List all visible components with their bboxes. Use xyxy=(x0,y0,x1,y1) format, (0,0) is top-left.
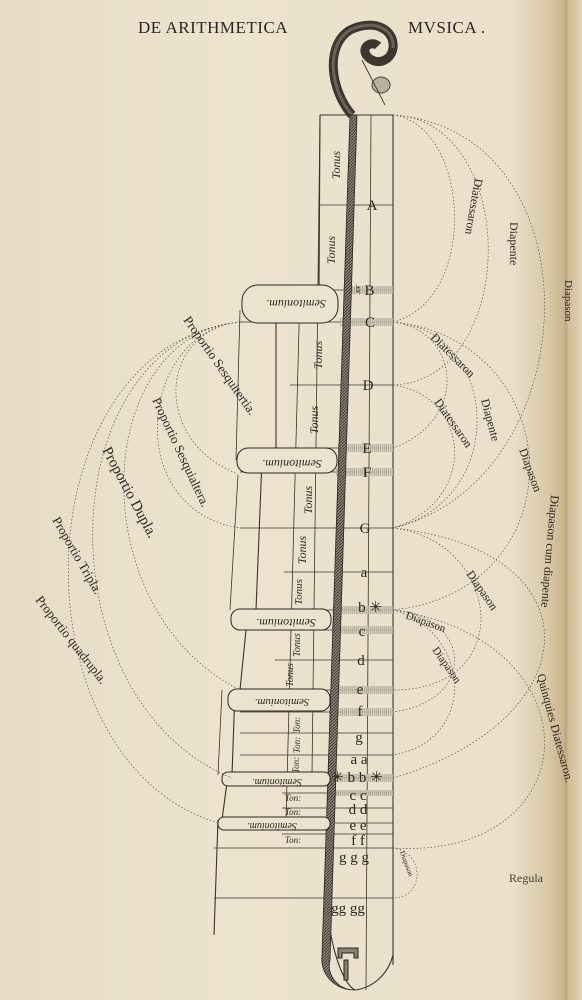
svg-text:d: d xyxy=(357,653,365,669)
svg-text:Ton:: Ton: xyxy=(285,835,301,845)
svg-text:Diatessaron: Diatessaron xyxy=(428,330,478,380)
svg-text:Tonus: Tonus xyxy=(292,633,303,657)
svg-text:Proportio quadrupla.: Proportio quadrupla. xyxy=(33,593,111,687)
svg-text:Semitonium.: Semitonium. xyxy=(262,457,322,471)
svg-text:e: e xyxy=(357,682,364,698)
svg-text:Tonus: Tonus xyxy=(311,341,325,370)
svg-text:Proportio Tripla.: Proportio Tripla. xyxy=(49,514,105,597)
svg-text:gg gg: gg gg xyxy=(331,901,365,917)
svg-text:♮ B: ♮ B xyxy=(355,283,374,299)
svg-text:f f: f f xyxy=(351,833,365,849)
svg-text:e e: e e xyxy=(349,818,366,834)
svg-text:Diapason: Diapason xyxy=(398,850,415,878)
svg-text:Ton:: Ton: xyxy=(285,807,301,817)
svg-text:Proportio Sesquialtera.: Proportio Sesquialtera. xyxy=(149,395,213,509)
svg-text:Tonus: Tonus xyxy=(301,486,315,515)
svg-text:Proportio Dupla.: Proportio Dupla. xyxy=(98,444,159,541)
svg-text:Tonus: Tonus xyxy=(329,151,343,180)
svg-text:Ton:: Ton: xyxy=(285,793,301,803)
svg-text:a: a xyxy=(361,565,368,581)
svg-text:F: F xyxy=(363,465,371,481)
svg-text:Diapason: Diapason xyxy=(562,280,574,322)
svg-text:✳ b b ✳: ✳ b b ✳ xyxy=(331,770,382,786)
svg-text:Proportio Sesquitertia.: Proportio Sesquitertia. xyxy=(181,313,260,417)
svg-text:Tonus: Tonus xyxy=(307,406,321,435)
svg-text:Diatessaron: Diatessaron xyxy=(432,396,476,450)
svg-text:Ton:: Ton: xyxy=(292,737,302,753)
svg-text:Diapente: Diapente xyxy=(478,397,503,442)
svg-text:g g g: g g g xyxy=(339,850,370,866)
svg-text:A: A xyxy=(367,198,378,214)
svg-text:Ton:: Ton: xyxy=(292,717,302,733)
svg-text:Quinquies Diatessaron.: Quinquies Diatessaron. xyxy=(534,672,577,784)
semitonium-labels: Semitonium. Semitonium. Semitonium. Semi… xyxy=(247,297,326,831)
svg-text:b ✳: b ✳ xyxy=(358,600,382,616)
svg-text:Semitonium.: Semitonium. xyxy=(256,616,316,630)
svg-text:d d: d d xyxy=(349,802,368,818)
regula-caption: Regula xyxy=(509,871,543,886)
monochord-diagram: Semitonium. Semitonium. Semitonium. Semi… xyxy=(0,0,582,1000)
svg-text:Semitonium.: Semitonium. xyxy=(247,820,297,831)
svg-text:g: g xyxy=(355,730,363,746)
svg-text:E: E xyxy=(362,441,371,457)
tailpiece-icon xyxy=(338,948,358,980)
svg-text:Diapason: Diapason xyxy=(464,568,501,613)
svg-text:Diapason: Diapason xyxy=(430,645,464,686)
svg-text:Semitonium.: Semitonium. xyxy=(252,776,302,787)
scroll-icon xyxy=(333,25,393,115)
svg-text:c: c xyxy=(359,624,366,640)
svg-text:Diapason cum diapente: Diapason cum diapente xyxy=(538,495,562,608)
svg-text:Diapason: Diapason xyxy=(516,446,545,493)
svg-text:a a: a a xyxy=(350,752,367,768)
svg-text:D: D xyxy=(363,378,374,394)
svg-text:C: C xyxy=(365,315,375,331)
svg-text:Tonus: Tonus xyxy=(285,663,296,687)
svg-text:Tonus: Tonus xyxy=(324,236,338,265)
svg-text:Diapente: Diapente xyxy=(507,222,521,265)
svg-text:Diapason: Diapason xyxy=(404,610,448,636)
proportion-labels: Proportio Sesquitertia. Proportio Sesqui… xyxy=(33,313,260,687)
svg-text:Tonus: Tonus xyxy=(293,579,305,605)
svg-text:Semitonium.: Semitonium. xyxy=(266,297,326,311)
svg-text:f: f xyxy=(358,704,363,720)
svg-text:Ton:: Ton: xyxy=(291,757,301,773)
svg-text:Tonus: Tonus xyxy=(295,536,309,565)
svg-text:Diatessaron: Diatessaron xyxy=(462,177,486,235)
interval-labels: Diatessaron Diapente Diapason Diatessaro… xyxy=(398,177,576,878)
svg-text:Semitonium.: Semitonium. xyxy=(255,696,310,708)
svg-text:G: G xyxy=(360,521,371,537)
